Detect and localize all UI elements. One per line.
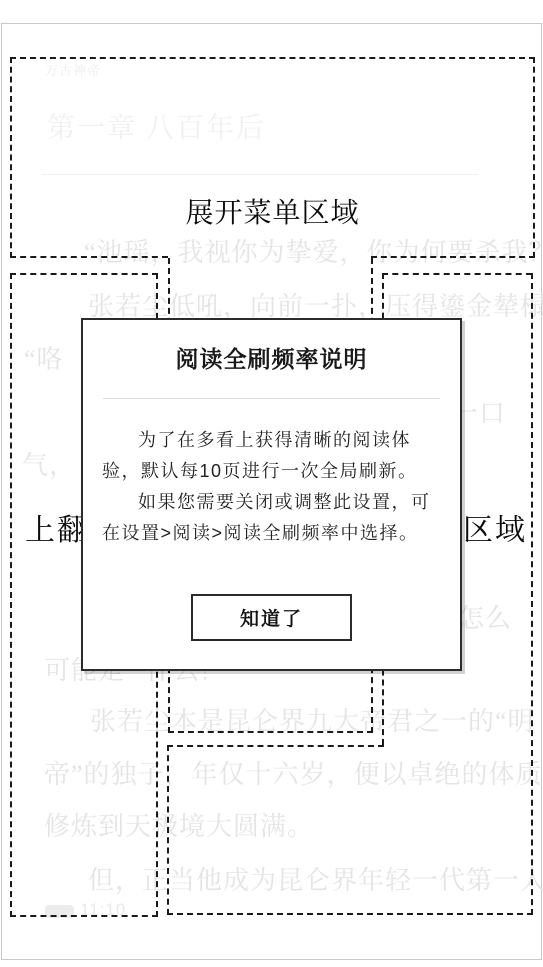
zone-border: [10, 256, 168, 258]
dialog-title: 阅读全刷频率说明: [83, 341, 460, 374]
dialog-body-line: 在设置>阅读>阅读全刷频率中选择。: [102, 518, 444, 549]
zone-border: [167, 745, 169, 915]
reader-screen: 万古神帝 第一章 八百年后 “池瑶，我视你为挚爱，你为何要杀我？” 张若尘低吼，…: [0, 0, 543, 967]
got-it-button[interactable]: 知道了: [191, 594, 352, 641]
zone-border: [167, 745, 384, 747]
dialog-body-line: 如果您需要关闭或调整此设置，可: [102, 487, 444, 518]
zone-border: [531, 273, 533, 915]
zone-border: [371, 256, 535, 258]
zone-border: [167, 913, 533, 915]
menu-zone-label: 展开菜单区域: [10, 191, 535, 231]
zone-border: [382, 273, 532, 275]
dialog-body: 为了在多看上获得清晰的阅读体 验，默认每10页进行一次全局刷新。 如果您需要关闭…: [83, 425, 460, 549]
dialog-body-line: 为了在多看上获得清晰的阅读体: [102, 425, 444, 456]
next-page-tap-region-bottom[interactable]: [167, 745, 532, 915]
refresh-rate-dialog: 阅读全刷频率说明 为了在多看上获得清晰的阅读体 验，默认每10页进行一次全局刷新…: [81, 318, 462, 671]
dialog-divider: [103, 398, 440, 399]
dialog-body-line: 验，默认每10页进行一次全局刷新。: [102, 456, 444, 487]
zone-border: [10, 57, 535, 59]
zone-border: [168, 731, 373, 733]
